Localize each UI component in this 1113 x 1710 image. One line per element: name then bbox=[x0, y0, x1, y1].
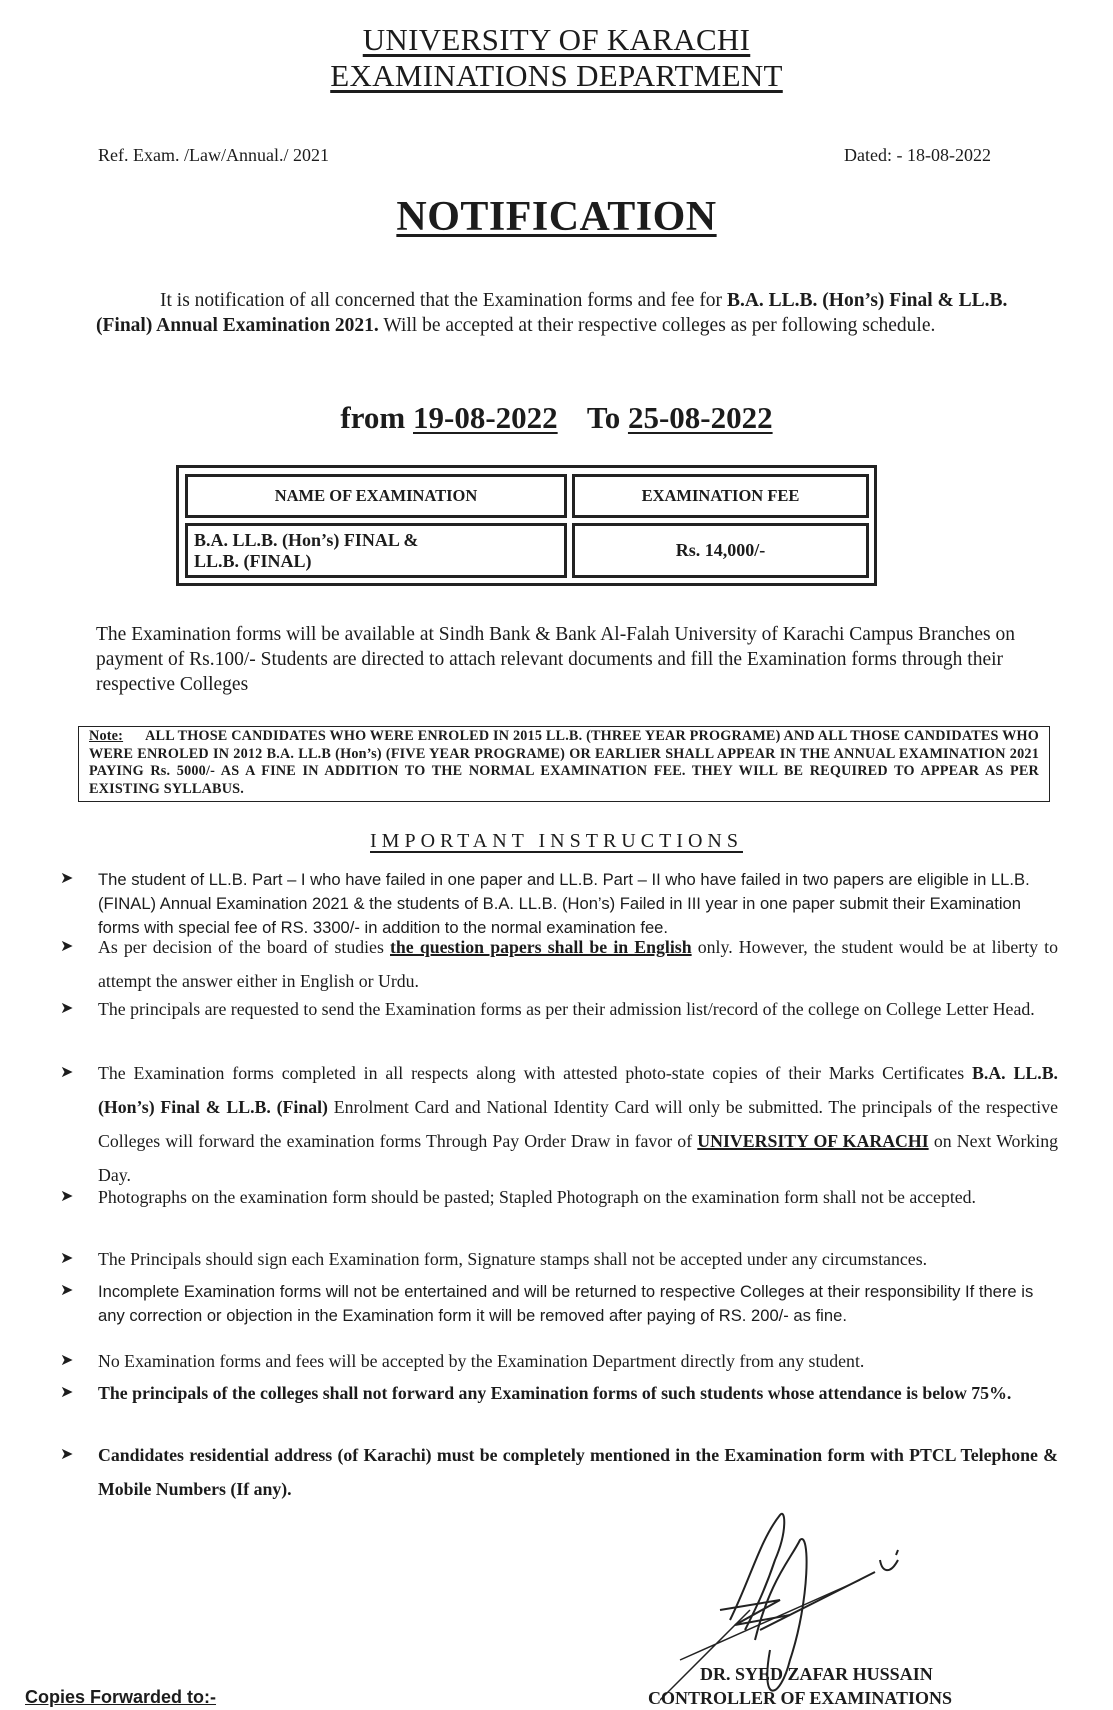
arrowhead-bullet-icon: ➤ bbox=[60, 998, 73, 1017]
note-text: ALL THOSE CANDIDATES WHO WERE ENROLED IN… bbox=[89, 728, 1039, 797]
instruction-emphasis: the question papers shall be in English bbox=[390, 937, 692, 957]
instruction-text: Incomplete Examination forms will not be… bbox=[98, 1280, 1058, 1328]
from-date: 19-08-2022 bbox=[413, 400, 558, 435]
header-exam-name: NAME OF EXAMINATION bbox=[185, 474, 567, 518]
availability-paragraph: The Examination forms will be available … bbox=[96, 622, 1016, 697]
instruction-text: No Examination forms and fees will be ac… bbox=[98, 1344, 1058, 1378]
instruction-emphasis: UNIVERSITY OF KARACHI bbox=[697, 1131, 928, 1151]
header-exam-fee: EXAMINATION FEE bbox=[572, 474, 869, 518]
instruction-text-pre: The Examination forms completed in all r… bbox=[98, 1063, 972, 1083]
signatory-title: CONTROLLER OF EXAMINATIONS bbox=[648, 1688, 952, 1709]
instruction-text: The Examination forms completed in all r… bbox=[98, 1056, 1058, 1192]
note-box: Note:ALL THOSE CANDIDATES WHO WERE ENROL… bbox=[78, 726, 1050, 802]
page-title: NOTIFICATION bbox=[0, 193, 1113, 241]
arrowhead-bullet-icon: ➤ bbox=[60, 1382, 73, 1401]
exam-name-line1: B.A. LL.B. (Hon’s) FINAL & bbox=[194, 530, 418, 551]
note-label: Note: bbox=[89, 728, 123, 744]
instruction-text: The Principals should sign each Examinat… bbox=[98, 1242, 1058, 1276]
instruction-text-pre: As per decision of the board of studies bbox=[98, 937, 390, 957]
instruction-text: As per decision of the board of studies … bbox=[98, 930, 1058, 998]
signatory-name: DR. SYED ZAFAR HUSSAIN bbox=[700, 1664, 933, 1685]
instruction-text: Candidates residential address (of Karac… bbox=[98, 1438, 1058, 1506]
arrowhead-bullet-icon: ➤ bbox=[60, 1062, 73, 1081]
exam-fee-cell: Rs. 14,000/- bbox=[572, 523, 869, 578]
instruction-text: The principals of the colleges shall not… bbox=[98, 1376, 1058, 1410]
reference-number: Ref. Exam. /Law/Annual./ 2021 bbox=[98, 145, 329, 166]
arrowhead-bullet-icon: ➤ bbox=[60, 868, 73, 887]
arrowhead-bullet-icon: ➤ bbox=[60, 1444, 73, 1463]
instructions-heading-text: IMPORTANT INSTRUCTIONS bbox=[370, 830, 743, 852]
to-date: 25-08-2022 bbox=[628, 400, 773, 435]
from-label: from bbox=[340, 400, 405, 435]
copies-forwarded-label: Copies Forwarded to:- bbox=[25, 1687, 216, 1708]
exam-name-cell: B.A. LL.B. (Hon’s) FINAL & LL.B. (FINAL) bbox=[185, 523, 567, 578]
instruction-text: Photographs on the examination form shou… bbox=[98, 1180, 1058, 1214]
arrowhead-bullet-icon: ➤ bbox=[60, 1248, 73, 1267]
instructions-heading: IMPORTANT INSTRUCTIONS bbox=[0, 830, 1113, 853]
university-name: UNIVERSITY OF KARACHI bbox=[0, 22, 1113, 58]
intro-text-end: Will be accepted at their respective col… bbox=[379, 315, 936, 336]
arrowhead-bullet-icon: ➤ bbox=[60, 1350, 73, 1369]
exam-name-line2: LL.B. (FINAL) bbox=[194, 551, 418, 572]
intro-paragraph: It is notification of all concerned that… bbox=[96, 288, 1016, 338]
arrowhead-bullet-icon: ➤ bbox=[60, 1280, 73, 1299]
instruction-text: The principals are requested to send the… bbox=[98, 992, 1058, 1026]
department-name: EXAMINATIONS DEPARTMENT bbox=[0, 58, 1113, 94]
to-label: To bbox=[587, 400, 620, 435]
arrowhead-bullet-icon: ➤ bbox=[60, 1186, 73, 1205]
schedule-dates: from 19-08-2022 To 25-08-2022 bbox=[0, 400, 1113, 436]
intro-text: It is notification of all concerned that… bbox=[160, 290, 727, 311]
arrowhead-bullet-icon: ➤ bbox=[60, 936, 73, 955]
date: Dated: - 18-08-2022 bbox=[844, 145, 991, 166]
fee-table: NAME OF EXAMINATION EXAMINATION FEE B.A.… bbox=[176, 465, 877, 586]
